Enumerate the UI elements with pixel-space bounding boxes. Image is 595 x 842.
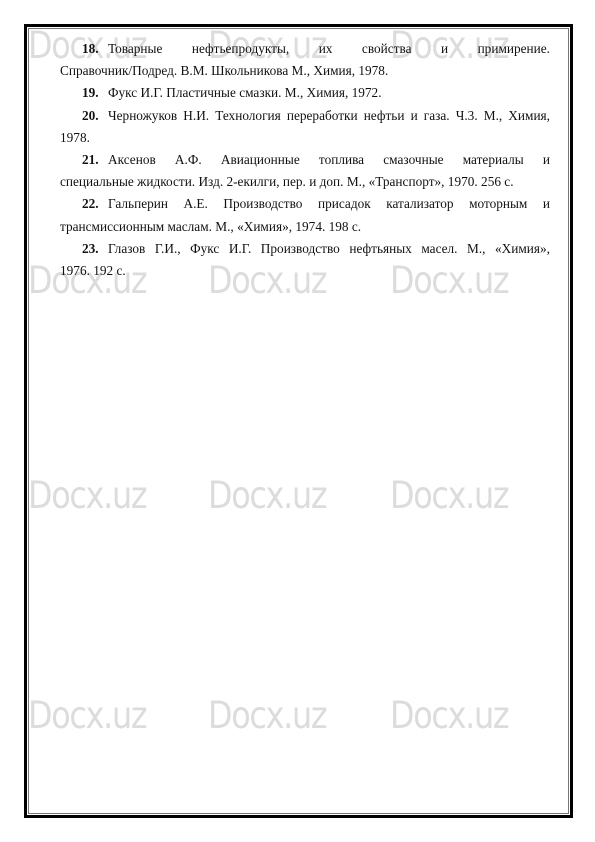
reference-first-line: 20.Черножуков Н.И. Технология переработк… [60,105,550,127]
reference-first-line: 19.Фукс И.Г. Пластичные смазки. М., Хими… [60,82,550,104]
reference-text: Аксенов А.Ф. Авиационные топлива смазочн… [108,152,550,167]
reference-first-line: 18.Товарные нефтьепродукты, их свойства … [60,38,550,60]
reference-text: Товарные нефтьепродукты, их свойства и п… [108,41,550,56]
reference-text: Глазов Г.И., Фукс И.Г. Производство нефт… [108,241,550,256]
reference-item: 21.Аксенов А.Ф. Авиационные топлива смаз… [60,149,550,193]
reference-continuation: 1978. [60,127,550,149]
reference-continuation: 1976. 192 с. [60,260,550,282]
reference-first-line: 22.Гальперин А.Е. Производство присадок … [60,193,550,215]
reference-item: 19.Фукс И.Г. Пластичные смазки. М., Хими… [60,82,550,104]
reference-item: 23.Глазов Г.И., Фукс И.Г. Производство н… [60,238,550,282]
reference-item: 20.Черножуков Н.И. Технология переработк… [60,105,550,149]
reference-number: 19. [82,82,108,104]
reference-text: Гальперин А.Е. Производство присадок кат… [108,196,550,211]
reference-list: 18.Товарные нефтьепродукты, их свойства … [60,38,550,282]
reference-number: 21. [82,149,108,171]
reference-text: Черножуков Н.И. Технология переработки н… [108,108,550,123]
reference-continuation: Справочник/Подред. В.М. Школьникова М., … [60,60,550,82]
reference-item: 18.Товарные нефтьепродукты, их свойства … [60,38,550,82]
reference-number: 22. [82,193,108,215]
reference-item: 22.Гальперин А.Е. Производство присадок … [60,193,550,237]
reference-number: 23. [82,238,108,260]
reference-first-line: 21.Аксенов А.Ф. Авиационные топлива смаз… [60,149,550,171]
reference-continuation: трансмиссионным маслам. М., «Химия», 197… [60,216,550,238]
reference-first-line: 23.Глазов Г.И., Фукс И.Г. Производство н… [60,238,550,260]
reference-number: 18. [82,38,108,60]
reference-number: 20. [82,105,108,127]
reference-text: Фукс И.Г. Пластичные смазки. М., Химия, … [108,85,382,100]
reference-continuation: специальные жидкости. Изд. 2-екилги, пер… [60,171,550,193]
